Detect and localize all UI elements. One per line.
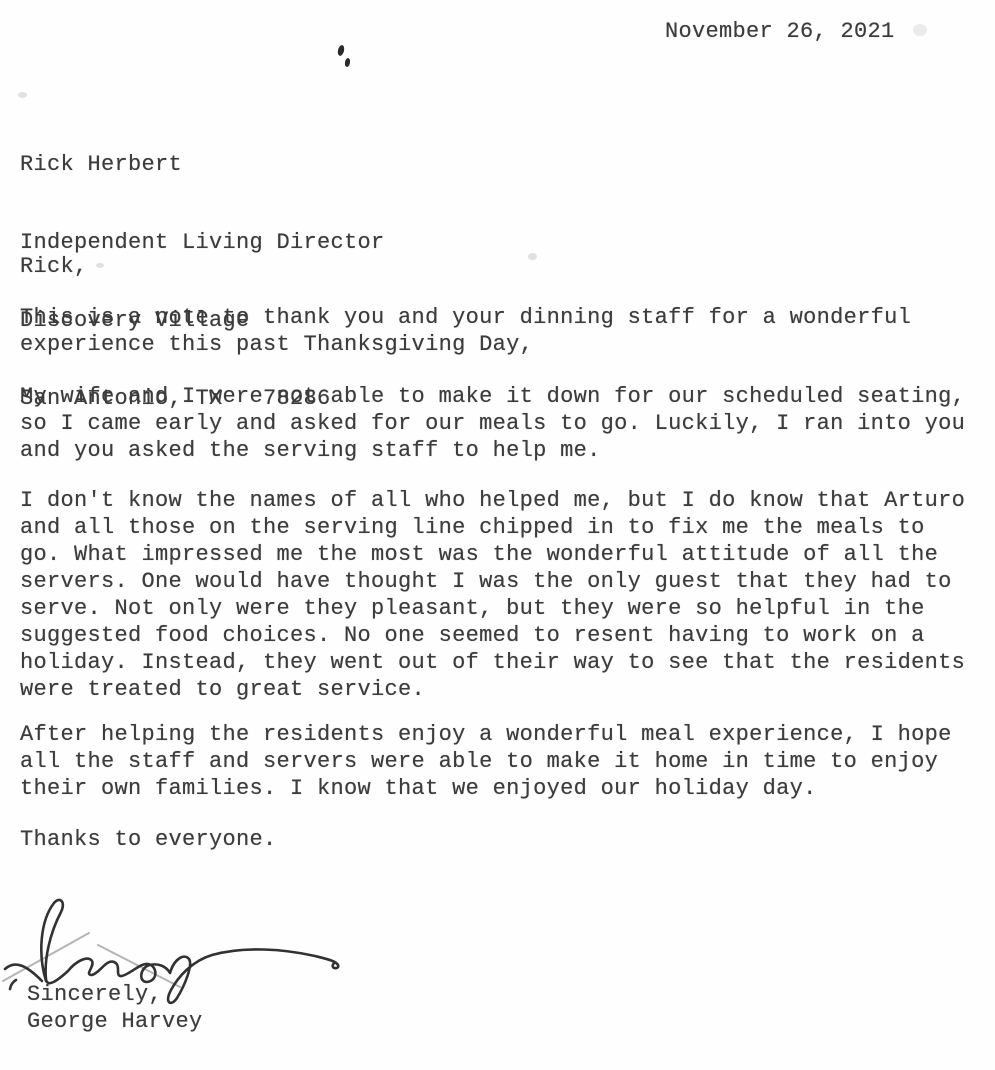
recipient-name: Rick Herbert	[20, 152, 385, 178]
body-paragraph-2: My wife and I were not able to make it d…	[20, 383, 965, 464]
signer-name: George Harvey	[27, 1008, 203, 1035]
body-paragraph-4: After helping the residents enjoy a wond…	[20, 721, 952, 802]
scan-smudge	[18, 92, 27, 98]
ink-speck	[337, 44, 345, 56]
closing: Sincerely,	[27, 981, 162, 1008]
thanks-line: Thanks to everyone.	[20, 826, 277, 853]
scan-smudge	[528, 253, 537, 260]
letter-page: November 26, 2021 Rick Herbert Independe…	[0, 0, 995, 1070]
salutation: Rick,	[20, 253, 88, 280]
body-paragraph-3: I don't know the names of all who helped…	[20, 487, 965, 703]
letter-date: November 26, 2021	[665, 18, 895, 45]
scan-smudge	[913, 24, 927, 36]
body-paragraph-1: This is a note to thank you and your din…	[20, 304, 911, 358]
ink-speck	[344, 58, 350, 68]
